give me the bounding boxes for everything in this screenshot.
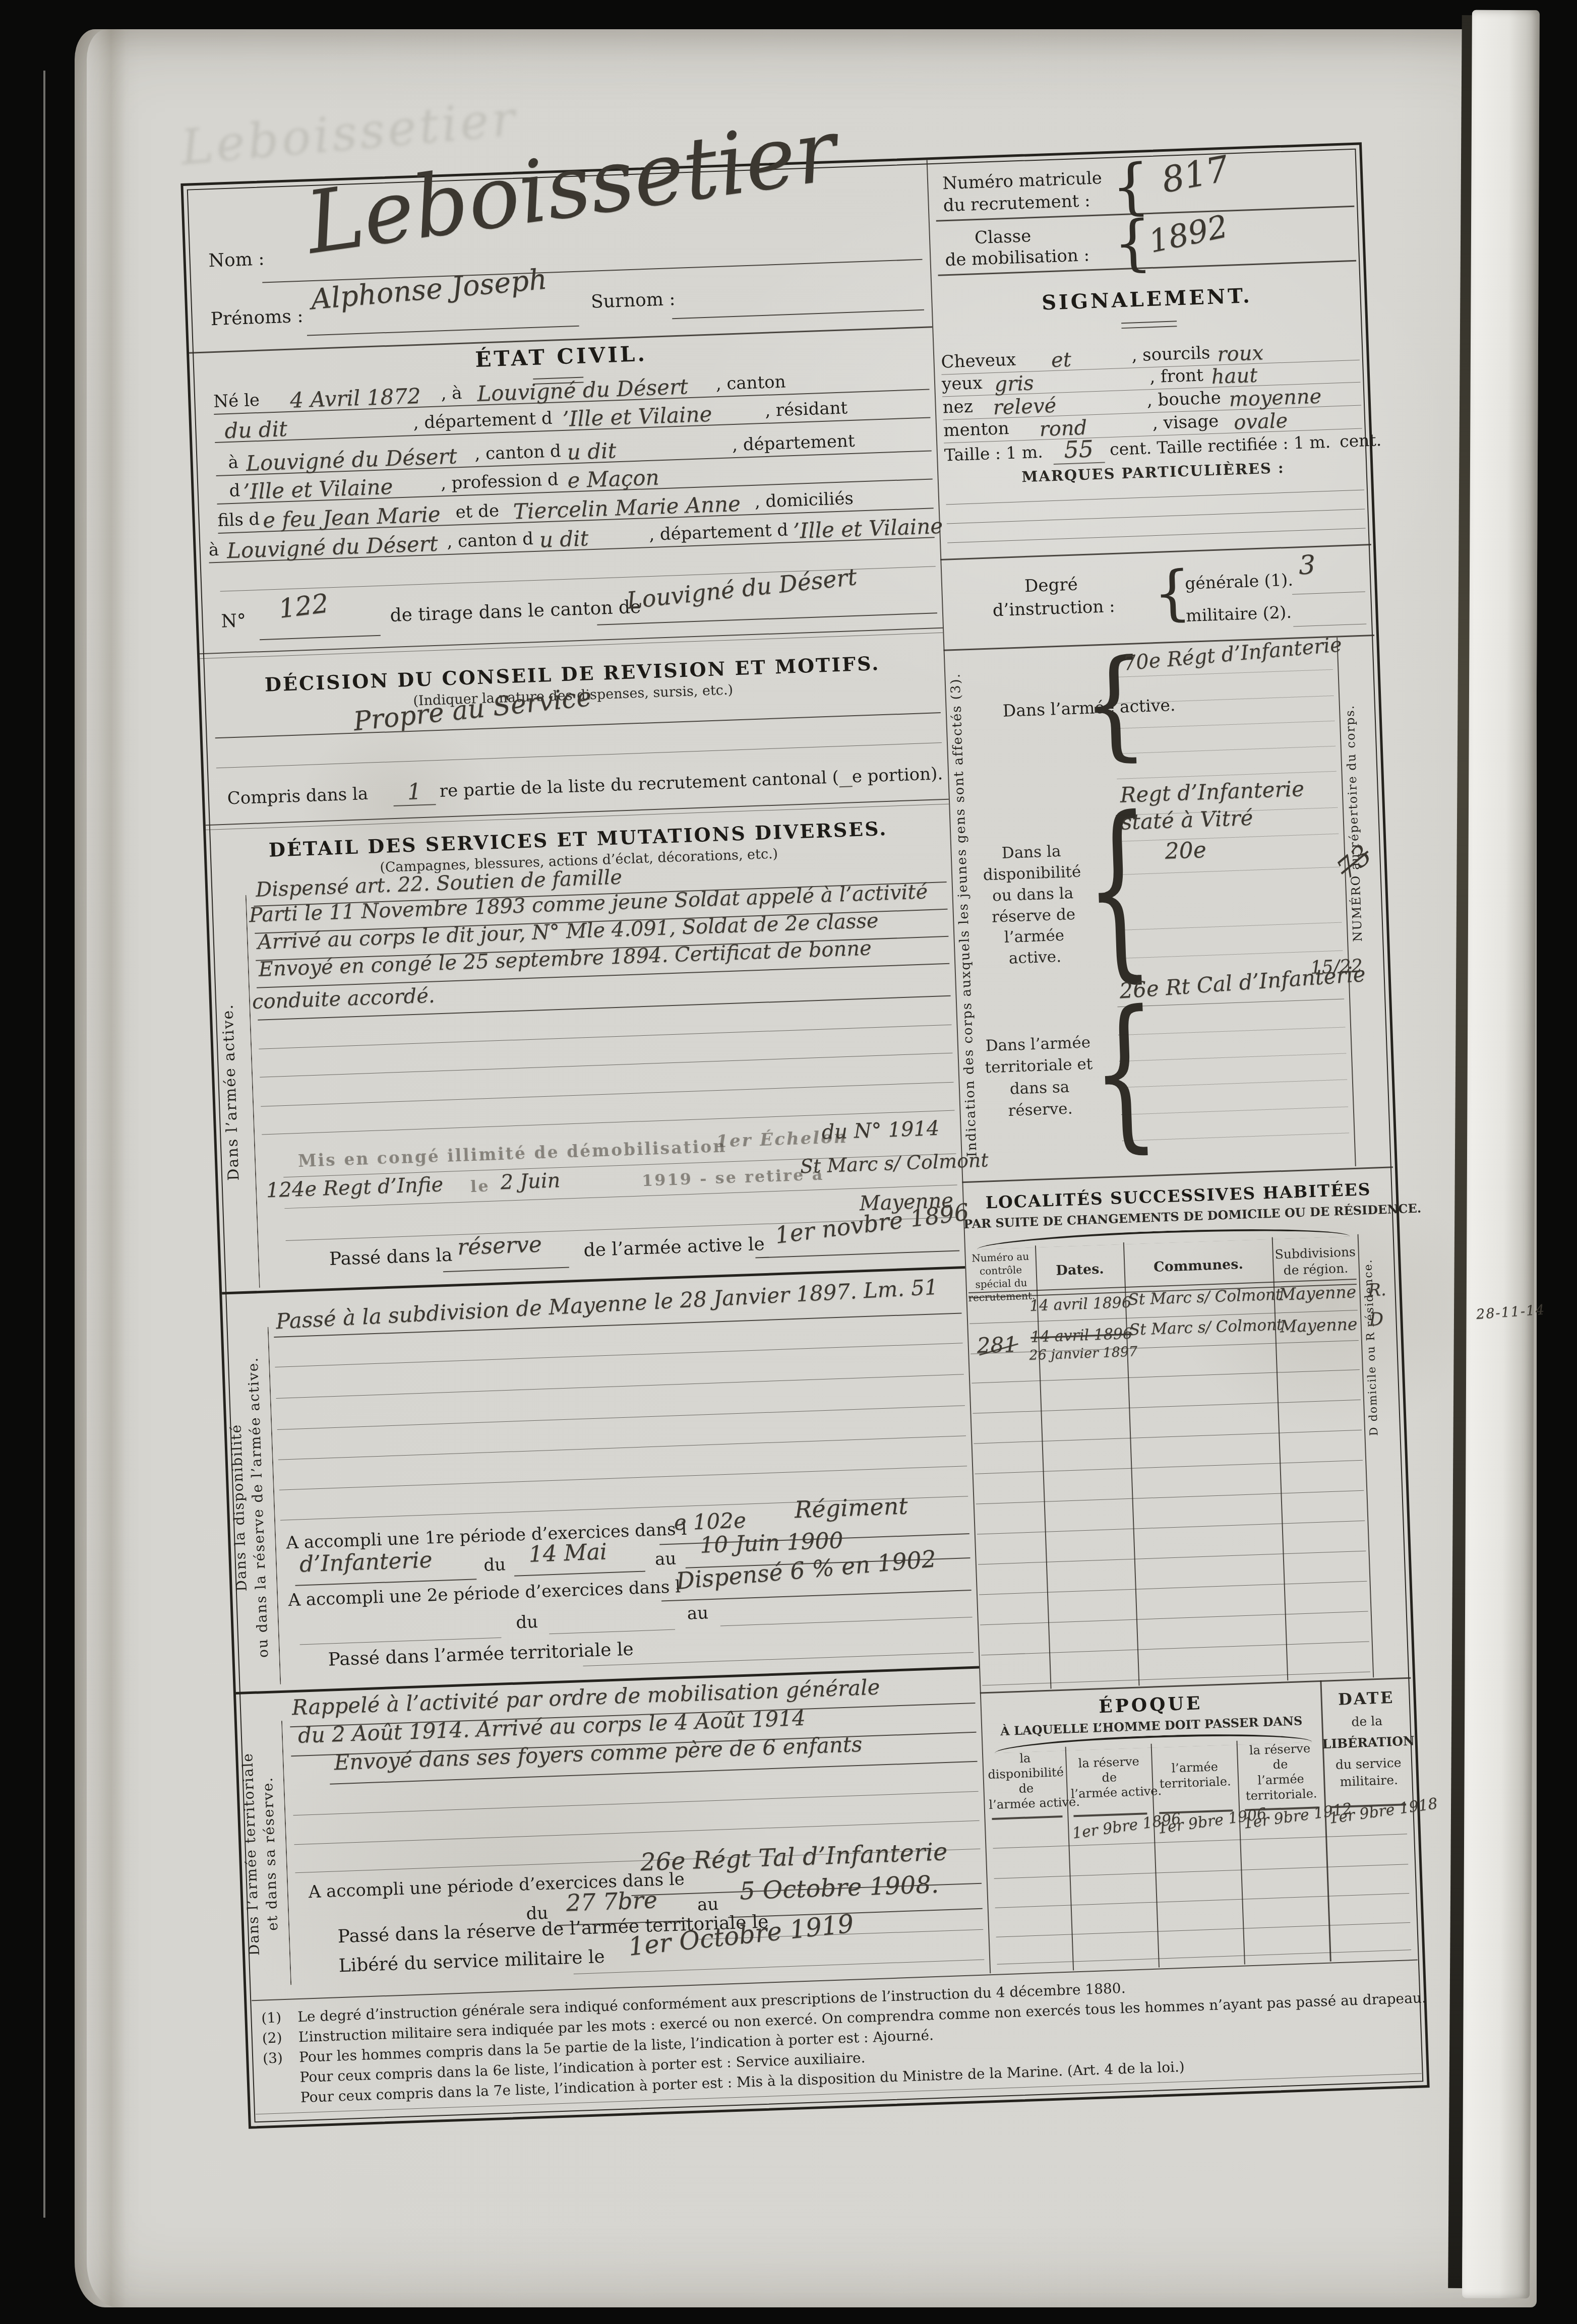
row2-subdiv: Mayenne bbox=[1280, 1314, 1358, 1336]
epoque-row-rule bbox=[993, 1834, 1408, 1849]
page-edge-stack bbox=[1462, 10, 1540, 2299]
periode1b-du: du bbox=[483, 1554, 506, 1575]
margin-label-armee-active: Dans l’armée active. bbox=[215, 890, 252, 1294]
epoque-col1-h3: de bbox=[988, 1780, 1064, 1797]
periode1b-value-3: 10 Juin 1900 bbox=[699, 1528, 843, 1558]
communes-header: Communes. bbox=[1124, 1255, 1273, 1276]
epoque-col4-h4: territoriale. bbox=[1242, 1786, 1321, 1803]
label: , département d bbox=[649, 520, 788, 545]
instruction-label-2: d’instruction : bbox=[992, 596, 1115, 620]
row2-dr: D bbox=[1369, 1309, 1384, 1330]
subdiv-header-1: Subdivisions bbox=[1272, 1244, 1358, 1262]
row2-date-crossed: 14 avril 1896 bbox=[1030, 1325, 1133, 1346]
dr-header: D domicile ou R résidence. bbox=[1361, 1236, 1393, 1458]
corps-terr-brace: { bbox=[1089, 989, 1161, 1157]
date-liberation-h1: DATE bbox=[1320, 1687, 1412, 1710]
blank-rule bbox=[947, 509, 1365, 524]
dates-header: Dates. bbox=[1036, 1261, 1124, 1279]
signalement-title-rule bbox=[1121, 321, 1177, 329]
tirage-canton-value: Louvigné du Désert bbox=[625, 563, 858, 614]
passe-reserve-label-1: Passé dans la bbox=[329, 1245, 453, 1270]
terr-du-value: 27 7bre bbox=[566, 1886, 658, 1916]
date-liberation-h3: LIBÉRATION bbox=[1322, 1734, 1413, 1751]
epoque-col1-h1: la bbox=[987, 1750, 1063, 1767]
nom-label: Nom : bbox=[208, 248, 265, 271]
epoque-col2-h2: de bbox=[1070, 1769, 1148, 1786]
label: à bbox=[208, 540, 219, 560]
periode1-label: A accompli une 1re période d’exercices d… bbox=[286, 1519, 687, 1553]
corps-numero-label: NUMÉRO au répertoire du corps. bbox=[1340, 642, 1377, 1005]
passe-reserve-label-2: de l’armée active le bbox=[583, 1234, 765, 1261]
matricule-value: 817 bbox=[1158, 148, 1232, 201]
service-line-5: conduite accordé. bbox=[252, 984, 435, 1014]
corps-rule bbox=[1120, 922, 1342, 930]
blank-rule bbox=[259, 1025, 951, 1049]
epoque-col4-h3: l’armée bbox=[1242, 1771, 1320, 1788]
blank-rule bbox=[276, 1374, 964, 1399]
blank-rule bbox=[947, 528, 1366, 543]
label: , canton d bbox=[447, 529, 534, 552]
epoque-col1-h4: l’armée active. bbox=[989, 1795, 1065, 1812]
stamp-se-retire: 1919 - se retire à bbox=[641, 1165, 824, 1190]
row-rule bbox=[978, 1551, 1366, 1565]
surnom-label: Surnom : bbox=[590, 289, 676, 312]
matricule-label-1: Numéro matricule bbox=[942, 168, 1103, 194]
row-rule bbox=[977, 1521, 1365, 1535]
stamp-date: 2 Juin bbox=[500, 1169, 561, 1194]
value: 55 bbox=[1053, 434, 1105, 465]
blank-field bbox=[1336, 433, 1336, 451]
row1-dr: R. bbox=[1368, 1280, 1387, 1300]
row-rule bbox=[980, 1611, 1368, 1625]
corps-rule bbox=[1118, 867, 1340, 875]
passe-reserve-rule-2 bbox=[755, 1250, 959, 1258]
row1-subdiv: Mayenne bbox=[1279, 1282, 1357, 1304]
epoque-row-rule bbox=[996, 1922, 1411, 1937]
blank-rule bbox=[277, 1405, 965, 1430]
instruction-label-1: Degré bbox=[1024, 574, 1078, 596]
blank-rule bbox=[260, 1053, 952, 1078]
signalement-title: SIGNALEMENT. bbox=[931, 280, 1363, 319]
row2-commune: St Marc s/ Colmont bbox=[1129, 1315, 1283, 1339]
au-rule bbox=[720, 1617, 973, 1626]
tirage-rule-1 bbox=[260, 635, 381, 640]
label: cent. Taille rectifiée : 1 m. bbox=[1109, 432, 1330, 459]
instruction-generale-label: générale (1). bbox=[1185, 570, 1294, 593]
classe-label-2: de mobilisation : bbox=[945, 245, 1090, 270]
label: Taille : 1 m. bbox=[944, 442, 1043, 465]
passe-reserve-rule-1 bbox=[443, 1267, 569, 1272]
tirage-text: de tirage dans le canton de bbox=[390, 597, 641, 626]
value: Louvigné du Désert bbox=[226, 531, 438, 563]
label: cent. bbox=[1339, 430, 1381, 451]
matricule-label-2: du recrutement : bbox=[943, 191, 1090, 216]
row2-date-corrected: 26 janvier 1897 bbox=[1029, 1344, 1138, 1363]
value: ’Ille et Vilaine bbox=[793, 514, 943, 543]
instruction-militaire-label: militaire (2). bbox=[1186, 602, 1292, 625]
au-label: au bbox=[687, 1603, 709, 1623]
periode2-label: A accompli une 2e période d’exercices da… bbox=[288, 1577, 681, 1610]
terr-periode-value: 26e Régt Tal d’Infanterie bbox=[640, 1838, 948, 1876]
tirage-no-label: N° bbox=[221, 610, 247, 632]
value: u dit bbox=[539, 526, 589, 552]
label: re partie de la liste du recrutement can… bbox=[439, 767, 839, 801]
epoque-head-rule-1 bbox=[992, 1815, 1062, 1820]
du-rule bbox=[549, 1629, 675, 1635]
epoque-row-rule bbox=[994, 1864, 1409, 1879]
prenoms-value: Alphonse Joseph bbox=[310, 263, 549, 317]
periode1b-rule-2 bbox=[514, 1571, 645, 1577]
blank-rule bbox=[278, 1435, 966, 1460]
epoque-col3-h1: l’armée bbox=[1156, 1759, 1234, 1776]
blank-rule bbox=[946, 490, 1364, 505]
left-page-edge-highlight bbox=[43, 71, 45, 2218]
instruction-generale-rule bbox=[1292, 592, 1365, 595]
value: 1 bbox=[393, 778, 436, 806]
terr-au-label: au bbox=[697, 1894, 719, 1915]
epoque-col4-h1: la réserve bbox=[1241, 1741, 1319, 1757]
row-rule bbox=[975, 1460, 1363, 1474]
passe-reserve-value-1: réserve bbox=[457, 1231, 542, 1260]
stamp-demob-text: Mis en congé illimité de démobilisation bbox=[297, 1136, 726, 1171]
stamp-le: le bbox=[470, 1176, 490, 1196]
corps-rule bbox=[1117, 834, 1339, 842]
footnote-marker-1: (1) bbox=[261, 2009, 282, 2026]
row-rule bbox=[982, 1672, 1370, 1686]
surnom-rule bbox=[672, 309, 924, 319]
corps-dispo-value-2: staté à Vitré bbox=[1121, 805, 1253, 835]
instruction-militaire-rule bbox=[1293, 624, 1366, 627]
periode1b-value-2: 14 Mai bbox=[528, 1539, 608, 1567]
label: e portion). bbox=[852, 764, 943, 787]
blank-rule bbox=[261, 1082, 953, 1107]
blank-field bbox=[838, 769, 852, 787]
classe-value: 1892 bbox=[1145, 208, 1231, 260]
periode1b-au: au bbox=[654, 1548, 677, 1569]
prenoms-rule bbox=[307, 326, 579, 336]
row-rule bbox=[973, 1400, 1361, 1414]
passe-territoriale-rule bbox=[583, 1652, 974, 1666]
tirage-no-value: 122 bbox=[277, 588, 330, 624]
corps-rule bbox=[1121, 951, 1343, 959]
decision-rule-1 bbox=[215, 712, 941, 738]
du-rule-0 bbox=[300, 1638, 502, 1645]
date-liberation-h4: du service bbox=[1323, 1755, 1414, 1773]
libere-rule bbox=[574, 1960, 985, 1974]
row1-date: 14 avril 1896 bbox=[1029, 1294, 1131, 1315]
section-rule bbox=[200, 627, 943, 654]
matricule-form: Leboissetier Nom : Prénoms : Alphonse Jo… bbox=[180, 142, 1429, 2128]
periode1b-value-1: d’Infanterie bbox=[299, 1547, 433, 1577]
row-rule bbox=[981, 1642, 1369, 1656]
instruction-generale-value: 3 bbox=[1298, 550, 1316, 581]
corps-dispo-value-3: 20e bbox=[1165, 837, 1207, 864]
terr-au-value: 5 Octobre 1908. bbox=[739, 1870, 939, 1906]
corps-dispo-value-1: Regt d’Infanterie bbox=[1120, 776, 1305, 807]
stamp-echelon-date: du N° 1914 bbox=[821, 1117, 940, 1144]
row-rule bbox=[976, 1490, 1364, 1504]
footnote-marker-2: (2) bbox=[262, 2029, 282, 2046]
date-liberation-h5: militaire. bbox=[1323, 1772, 1415, 1790]
stamp-regiment: 124e Regt d’Infie bbox=[266, 1173, 444, 1202]
epoque-col2-h1: la réserve bbox=[1069, 1754, 1148, 1771]
epoque-col4-h2: de bbox=[1241, 1756, 1320, 1773]
epoque-col1-h2: disponibilité bbox=[988, 1765, 1064, 1782]
tirage-rule-2 bbox=[597, 612, 937, 625]
corps-terr-margin-number: 15/22 bbox=[1310, 956, 1363, 978]
du-label: du bbox=[516, 1612, 538, 1632]
epoque-col3-h2: territoriale. bbox=[1156, 1774, 1235, 1791]
stamp-commune: St Marc s/ Colmont bbox=[800, 1149, 989, 1177]
subdiv-header-2: de région. bbox=[1272, 1261, 1359, 1278]
blank-rule bbox=[275, 1343, 962, 1367]
periode1-value-2: Régiment bbox=[794, 1492, 908, 1523]
libere-label: Libéré du service militaire le bbox=[338, 1946, 605, 1976]
date-liberation-h2: de la bbox=[1321, 1713, 1413, 1730]
epoque-col2-h3: l’armée active. bbox=[1070, 1784, 1149, 1801]
blank-rule bbox=[293, 1791, 978, 1815]
classe-label-1: Classe bbox=[974, 226, 1032, 248]
corps-dispo-label: Dans la disponibilité ou dans la réserve… bbox=[973, 840, 1094, 971]
prenoms-label: Prénoms : bbox=[210, 306, 304, 330]
corps-terr-label: Dans l’armée territoriale et dans sa rés… bbox=[980, 1032, 1099, 1123]
blank-rule bbox=[279, 1466, 967, 1490]
footnote-marker-3: (3) bbox=[263, 2049, 283, 2066]
row-rule bbox=[979, 1581, 1367, 1595]
classe-brace: { bbox=[1113, 213, 1154, 275]
epoque-row-rule bbox=[995, 1893, 1410, 1908]
row-rule bbox=[972, 1369, 1360, 1384]
row-rule bbox=[974, 1430, 1362, 1444]
label: Compris dans la bbox=[227, 784, 368, 809]
